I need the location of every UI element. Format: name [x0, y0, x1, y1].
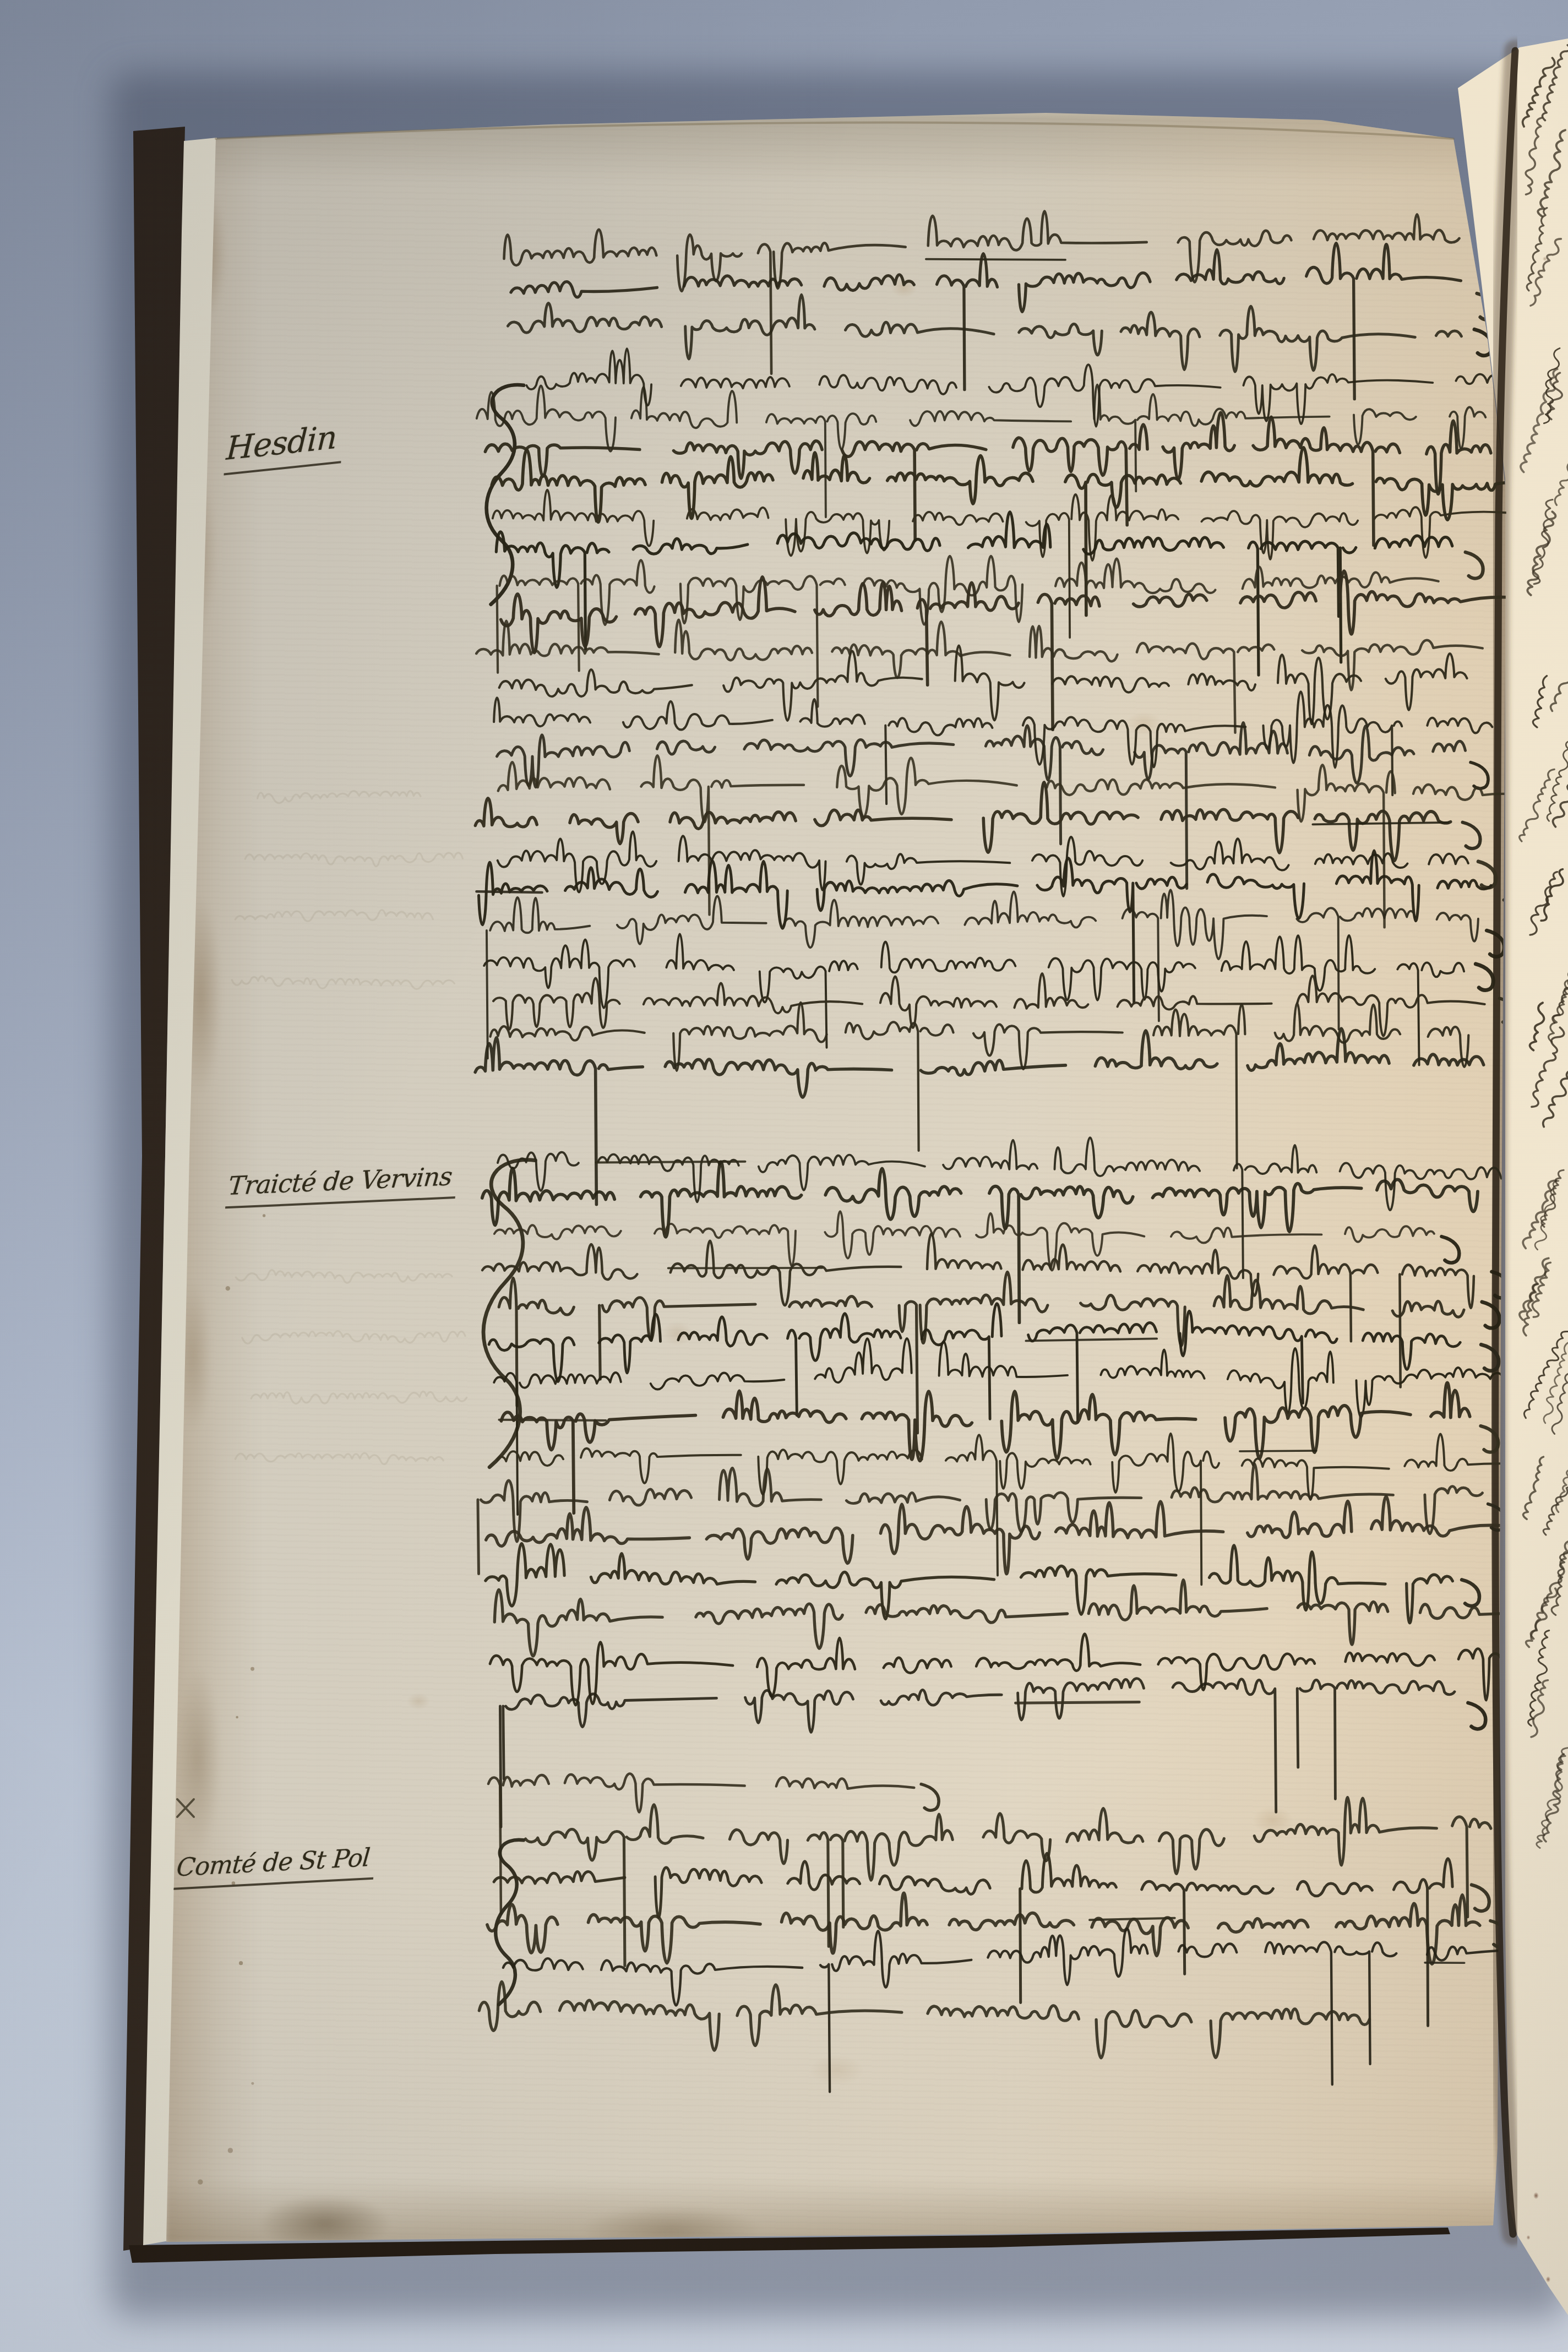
- right-page-script-run: [1551, 926, 1568, 1025]
- handwriting-line: [496, 512, 1477, 675]
- right-page-script-run: [1538, 43, 1568, 121]
- right-page-script-run: [1521, 1320, 1568, 1420]
- handwriting-line: [526, 1798, 1509, 1966]
- handwriting-line: [497, 723, 1482, 889]
- right-page-script-run: [1526, 236, 1563, 308]
- handwriting-line: [491, 1003, 1500, 1168]
- handwriting-line: [498, 1137, 1568, 1278]
- handwriting-line: [488, 1773, 932, 1913]
- strikethrough: [1240, 1451, 1316, 1451]
- line-end-hook: [1441, 1237, 1459, 1263]
- handwriting-line: [498, 831, 1489, 896]
- ink-speck: [236, 1716, 238, 1719]
- line-end-hook: [1527, 1543, 1544, 1570]
- handwriting-line: [475, 782, 1473, 861]
- right-page-script-run: [1518, 767, 1559, 843]
- margin-cross-mark: [177, 1799, 194, 1817]
- line-end-hook: [1474, 329, 1492, 356]
- margin-bleedthrough: [232, 791, 466, 1464]
- right-page-script-run: [1549, 619, 1568, 714]
- handwriting-line: [490, 1634, 1526, 1706]
- handwriting-line: [487, 1893, 1501, 1964]
- handwriting-line: [497, 556, 1465, 707]
- right-page-script-run: [1549, 728, 1568, 829]
- ink-speck: [263, 1214, 265, 1217]
- handwriting-line: [503, 1929, 1557, 2092]
- handwriting-line: [486, 1496, 1538, 1574]
- strikethrough: [476, 891, 542, 892]
- strikethrough: [499, 1420, 606, 1420]
- right-page-script-run: [1522, 1456, 1545, 1520]
- line-end-hook: [1513, 386, 1531, 413]
- right-page-script-run: [1525, 510, 1557, 596]
- ink-speck: [251, 1667, 254, 1671]
- handwriting-line: [482, 1234, 1503, 1387]
- right-page-handwriting: [1518, 43, 1568, 1850]
- right-page-script-run: [1521, 117, 1548, 195]
- bleedthrough-line: [235, 1453, 443, 1464]
- line-end-hook: [921, 1784, 939, 1811]
- right-page-script-run: [1538, 1169, 1568, 1228]
- right-page-script-run: [1526, 1630, 1554, 1727]
- right-page-script-run: [1552, 396, 1568, 507]
- line-end-hook: [1466, 552, 1483, 579]
- line-end-hook: [1463, 823, 1480, 849]
- line-end-hook: [1462, 1580, 1479, 1606]
- handwriting-line: [482, 1162, 1494, 1322]
- right-page-script-run: [1542, 1754, 1568, 1843]
- bleedthrough-line: [251, 1391, 466, 1403]
- line-end-hook: [1468, 1703, 1485, 1729]
- right-page-script-run: [1546, 950, 1568, 1042]
- handwriting-line: [479, 1981, 1398, 2057]
- bleedthrough-line: [242, 1331, 465, 1344]
- ink-speck: [251, 2082, 254, 2085]
- strikethrough: [668, 1268, 823, 1268]
- right-page-script-run: [1537, 129, 1568, 217]
- bleedthrough-line: [232, 976, 454, 989]
- handwriting-line: [504, 211, 1479, 374]
- strikethrough: [926, 259, 1065, 260]
- right-page-script-run: [1526, 1679, 1553, 1738]
- page-top-edge-line: [216, 123, 1453, 139]
- line-end-hook: [1471, 763, 1488, 789]
- line-end-hook: [1561, 1169, 1568, 1195]
- handwriting-line: [479, 851, 1516, 1003]
- right-page-script-run: [1521, 1178, 1556, 1250]
- bleedthrough-line: [258, 791, 421, 803]
- ink-speck: [228, 2148, 233, 2153]
- left-page-handwriting: [177, 211, 1568, 2092]
- right-page-script-run: [1523, 1586, 1559, 1648]
- ink-speck: [187, 1098, 189, 1101]
- handwriting-line: [500, 1679, 1479, 1827]
- bleedthrough-line: [235, 910, 433, 922]
- handwriting-line: [487, 890, 1498, 1058]
- handwriting-line: [489, 1304, 1493, 1423]
- right-page-script-run: [1551, 1346, 1568, 1435]
- handwriting-line: [499, 1272, 1493, 1433]
- handwriting-line: [493, 490, 1551, 638]
- bleedthrough-line: [245, 853, 462, 867]
- right-page-script-run: [1525, 869, 1560, 937]
- manuscript-photograph: Hesdin Traicté de Vervins Comté de St Po…: [0, 0, 1568, 2352]
- handwriting-line: [498, 1434, 1568, 1585]
- right-page-script-run: [1529, 1002, 1547, 1051]
- right-page-script-run: [1536, 868, 1568, 922]
- ink-specks: [187, 1098, 265, 2185]
- bleedthrough-line: [236, 1270, 452, 1283]
- line-end-hook: [1472, 1885, 1489, 1912]
- right-page-script-run: [1521, 1283, 1539, 1335]
- strikethrough: [1026, 1338, 1157, 1341]
- ink-speck: [198, 2179, 203, 2184]
- handwriting-line: [508, 295, 1486, 372]
- ink-speck: [226, 1286, 230, 1291]
- right-page-script-run: [1531, 675, 1549, 727]
- right-page-script-run: [1549, 1543, 1568, 1616]
- strikethrough: [1015, 1702, 1139, 1703]
- line-end-hook: [1515, 1665, 1533, 1691]
- handwriting-line: [494, 1211, 1452, 1270]
- ink-speck: [239, 1961, 243, 1965]
- line-end-hook: [1477, 293, 1495, 320]
